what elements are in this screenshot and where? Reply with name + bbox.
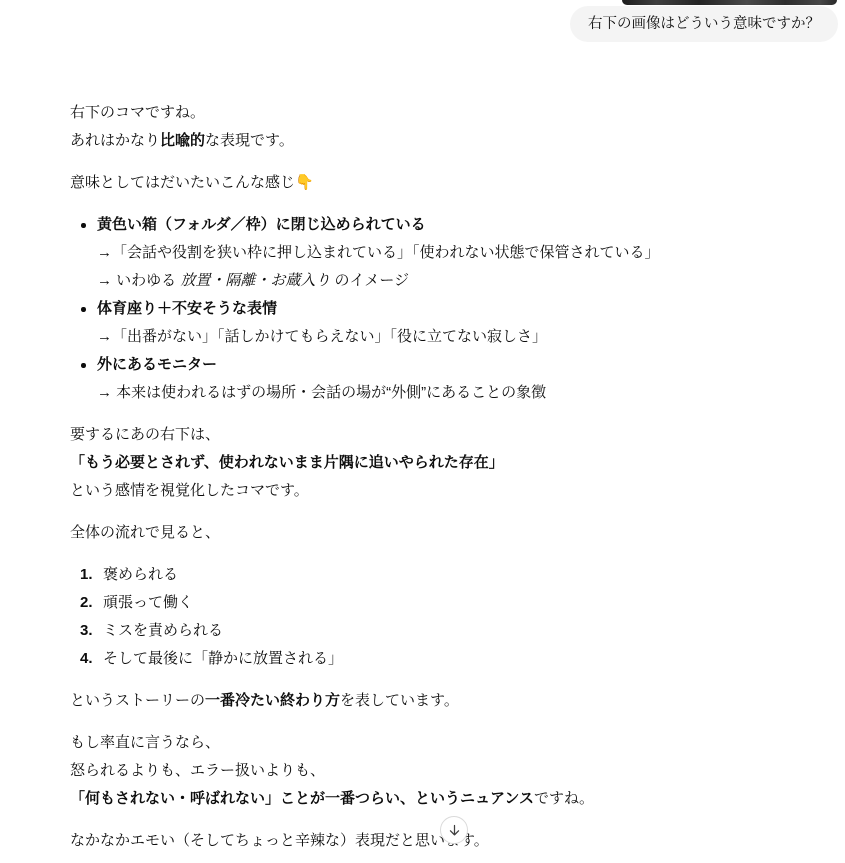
list-item-number: 2.: [80, 589, 93, 617]
list-item-number: 4.: [80, 645, 93, 673]
list-item: 1.褒められる: [70, 561, 782, 589]
bullet-item-outside-monitor: 外にあるモニター → 本来は使われるはずの場所・会話の場が“外側”にあることの象…: [70, 351, 782, 407]
frank-paragraph: もし率直に言うなら、 怒られるよりも、エラー扱いよりも、 「何もされない・呼ばれ…: [70, 729, 782, 813]
list-item: 4.そして最後に「静かに放置される」: [70, 645, 782, 673]
bullet-list: 黄色い箱（フォルダ／枠）に閉じ込められている →「会話や役割を狭い枠に押し込まれ…: [70, 211, 782, 407]
intro-line-2: あれはかなり比喩的な表現です。: [70, 127, 782, 155]
story-line: というストーリーの一番冷たい終わり方を表しています。: [70, 687, 782, 715]
list-item-text: そして最後に「静かに放置される」: [103, 650, 343, 667]
bullet-sub-line: →「出番がない」「話しかけてもらえない」「役に立てない寂しさ」: [97, 323, 782, 351]
list-item: 3.ミスを責められる: [70, 617, 782, 645]
lead-paragraph: 意味としてはだいたいこんな感じ👇: [70, 169, 782, 197]
summary-line-2: 「もう必要とされず、使われないまま片隅に追いやられた存在」: [70, 449, 782, 477]
lead-line: 意味としてはだいたいこんな感じ👇: [70, 169, 782, 197]
summary-paragraph: 要するにあの右下は、 「もう必要とされず、使われないまま片隅に追いやられた存在」…: [70, 421, 782, 505]
bullet-title: 黄色い箱（フォルダ／枠）に閉じ込められている: [97, 211, 782, 239]
list-item-text: 頑張って働く: [103, 594, 193, 611]
summary-line-3: という感情を視覚化したコマです。: [70, 477, 782, 505]
down-arrow-icon: [447, 823, 462, 838]
bullet-sub-line: → いわゆる 放置・隔離・お蔵入り のイメージ: [97, 267, 782, 295]
list-item-number: 1.: [80, 561, 93, 589]
bullet-sub-line: → 本来は使われるはずの場所・会話の場が“外側”にあることの象徴: [97, 379, 782, 407]
bullet-sub-line: →「会話や役割を狭い枠に押し込まれている」「使われない状態で保管されている」: [97, 239, 782, 267]
frank-line-1: もし率直に言うなら、: [70, 729, 782, 757]
bullet-title: 外にあるモニター: [97, 351, 782, 379]
list-item-number: 3.: [80, 617, 93, 645]
intro-paragraph: 右下のコマですね。 あれはかなり比喩的な表現です。: [70, 99, 782, 155]
assistant-message: 右下のコマですね。 あれはかなり比喩的な表現です。 意味としてはだいたいこんな感…: [70, 0, 782, 863]
closing-paragraph: なかなかエモい（そしてちょっと辛辣な）表現だと思います。: [70, 827, 782, 855]
list-item: 2.頑張って働く: [70, 589, 782, 617]
frank-line-3: 「何もされない・呼ばれない」ことが一番つらい、というニュアンスですね。: [70, 785, 782, 813]
closing-line: なかなかエモい（そしてちょっと辛辣な）表現だと思います。: [70, 827, 782, 855]
summary-line-1: 要するにあの右下は、: [70, 421, 782, 449]
story-paragraph: というストーリーの一番冷たい終わり方を表しています。: [70, 687, 782, 715]
bullet-title: 体育座り＋不安そうな表情: [97, 295, 782, 323]
bullet-item-sitting-pose: 体育座り＋不安そうな表情 →「出番がない」「話しかけてもらえない」「役に立てない…: [70, 295, 782, 351]
list-item-text: ミスを責められる: [103, 622, 223, 639]
flow-intro-paragraph: 全体の流れで見ると、: [70, 519, 782, 547]
intro-line-1: 右下のコマですね。: [70, 99, 782, 127]
scroll-to-bottom-button[interactable]: [440, 816, 468, 844]
flow-intro-line: 全体の流れで見ると、: [70, 519, 782, 547]
frank-line-2: 怒られるよりも、エラー扱いよりも、: [70, 757, 782, 785]
bullet-item-yellow-box: 黄色い箱（フォルダ／枠）に閉じ込められている →「会話や役割を狭い枠に押し込まれ…: [70, 211, 782, 295]
numbered-list: 1.褒められる 2.頑張って働く 3.ミスを責められる 4.そして最後に「静かに…: [70, 561, 782, 673]
list-item-text: 褒められる: [103, 566, 178, 583]
